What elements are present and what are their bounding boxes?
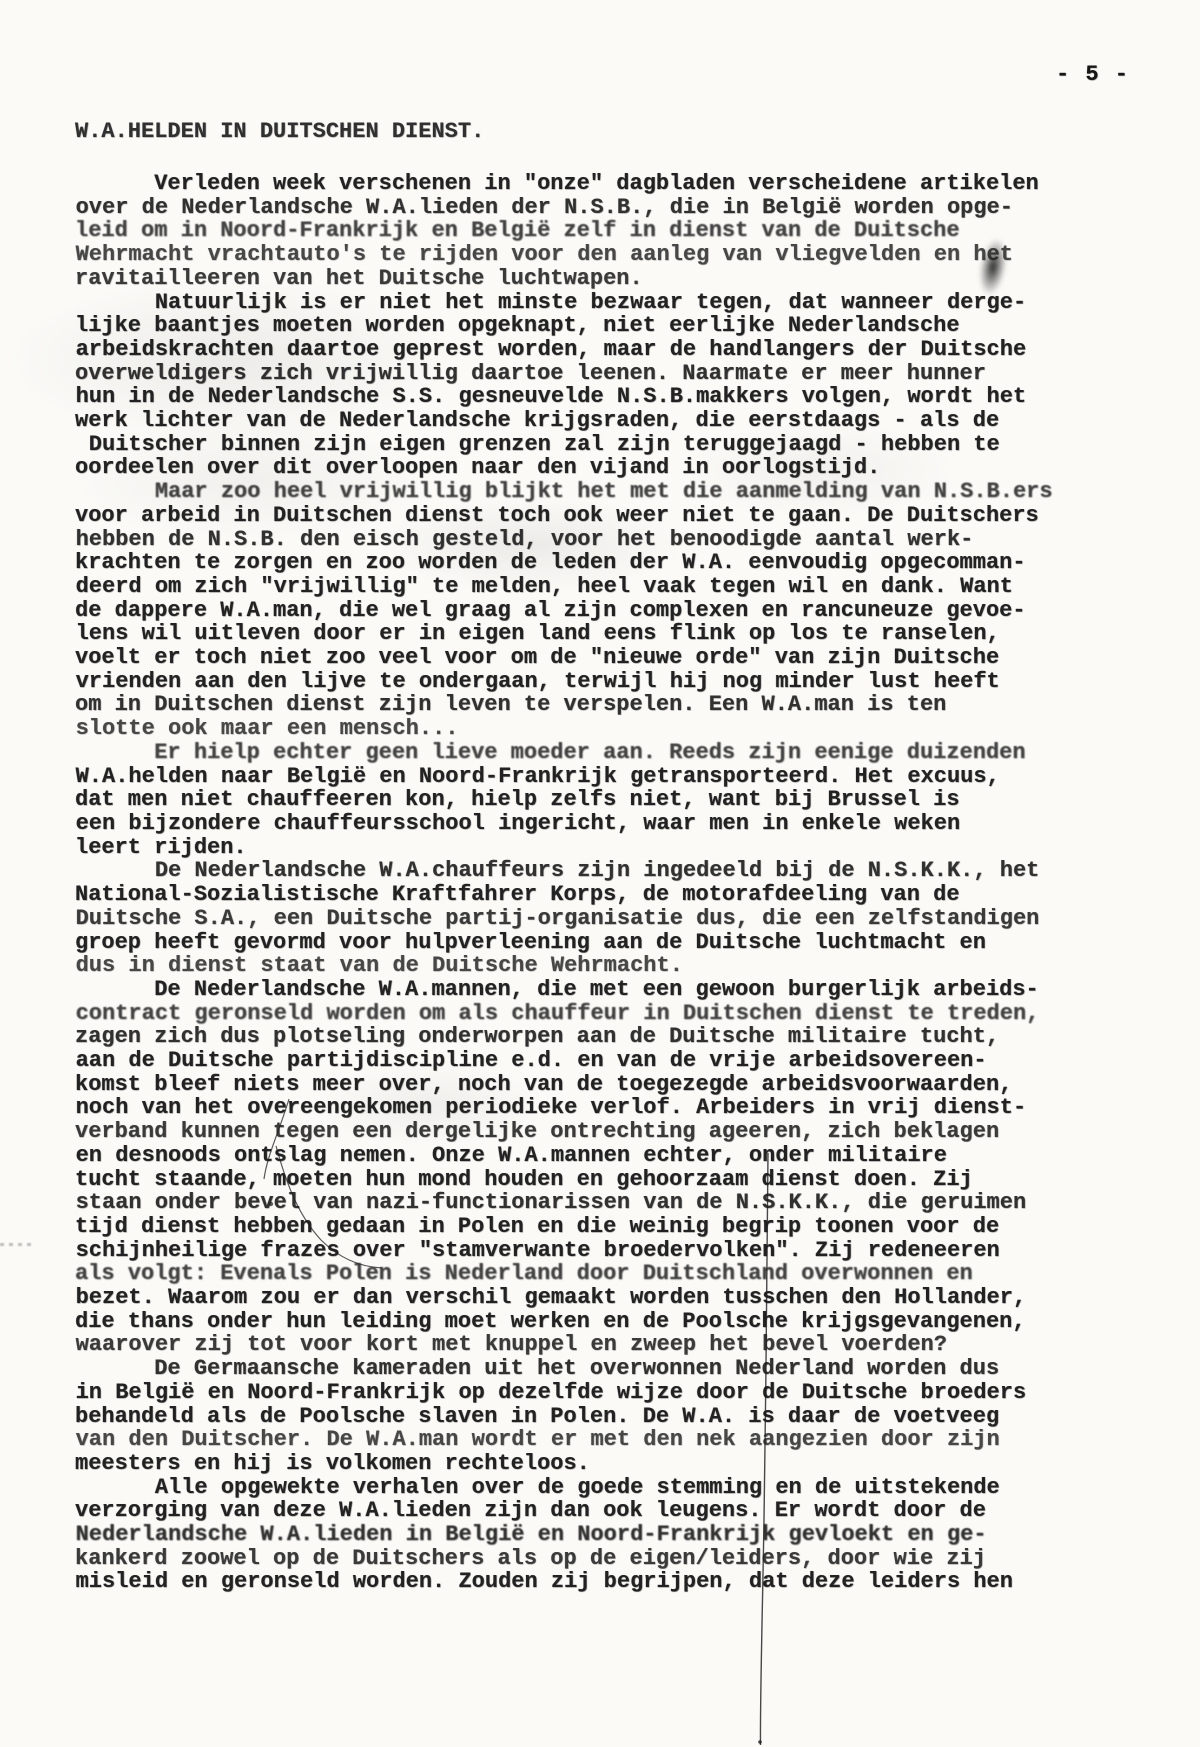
text-line: schijnheilige frazes over "stamverwante … [76,1239,1146,1263]
text-line: lijke baantjes moeten worden opgeknapt, … [75,314,1145,338]
text-line: Maar zoo heel vrijwillig blijkt het met … [76,480,1146,504]
text-line: Duitsche S.A., een Duitsche partij-organ… [76,907,1146,931]
text-line: De Nederlandsche W.A.chauffeurs zijn ing… [76,859,1146,883]
text-line: dus in dienst staat van de Duitsche Wehr… [76,954,1146,978]
text-line: over de Nederlandsche W.A.lieden der N.S… [76,196,1146,220]
text-line: een bijzondere chauffeursschool ingerich… [76,812,1146,836]
text-line: meesters en hij is volkomen rechteloos. [75,1452,1145,1476]
text-line: voelt er toch niet zoo veel voor om de "… [75,646,1145,670]
scanned-document-page: - 5 - W.A.HELDEN IN DUITSCHEN DIENST. Ve… [0,0,1200,1747]
text-line: hun in de Nederlandsche S.S. gesneuvelde… [76,385,1146,409]
text-line: tijd dienst hebben gedaan in Polen en di… [75,1215,1145,1239]
text-line: Alle opgewekte verhalen over de goede st… [76,1476,1146,1500]
text-line: en desnoods ontslag nemen. Onze W.A.mann… [76,1144,1146,1168]
text-line: overweldigers zich vrijwillig daartoe le… [75,362,1145,386]
text-line: om in Duitschen dienst zijn leven te ver… [75,693,1145,717]
text-line: deerd om zich "vrijwillig" te melden, he… [76,575,1146,599]
text-line: Nederlandsche W.A.lieden in België en No… [76,1523,1146,1547]
text-line: Er hielp echter geen lieve moeder aan. R… [75,741,1145,765]
text-line: waarover zij tot voor kort met knuppel e… [76,1333,1146,1357]
text-line: krachten te zorgen en zoo worden de lede… [75,551,1145,575]
text-line: misleid en geronseld worden. Zouden zij … [76,1570,1146,1594]
text-line: die thans onder hun leiding moet werken … [75,1310,1145,1334]
text-line: arbeidskrachten daartoe geprest worden, … [76,338,1146,362]
text-line: als volgt: Evenals Polen is Nederland do… [75,1262,1145,1286]
text-line: De Nederlandsche W.A.mannen, die met een… [75,978,1145,1002]
text-line: W.A.helden naar België en Noord-Frankrij… [76,765,1146,789]
text-line: zagen zich dus plotseling onderworpen aa… [75,1025,1145,1049]
text-line: kankerd zoowel op de Duitschers als op d… [75,1547,1145,1571]
text-line: leert rijden. [75,836,1145,860]
document-body: Verleden week verschenen in "onze" dagbl… [75,172,1145,1594]
text-line: in België en Noord-Frankrijk op dezelfde… [76,1381,1146,1405]
text-line: van den Duitscher. De W.A.man wordt er m… [76,1428,1146,1452]
text-line: groep heeft gevormd voor hulpverleening … [75,931,1145,955]
text-line: Duitscher binnen zijn eigen grenzen zal … [76,433,1146,457]
text-line: Verleden week verschenen in "onze" dagbl… [75,172,1145,196]
text-line: verzorging van deze W.A.lieden zijn dan … [75,1499,1145,1523]
text-line: De Germaansche kameraden uit het overwon… [75,1357,1145,1381]
text-line: dat men niet chauffeeren kon, hielp zelf… [75,788,1145,812]
page-number: - 5 - [1056,62,1130,87]
text-line: aan de Duitsche partijdiscipline e.d. en… [76,1049,1146,1073]
text-line: leid om in Noord-Frankrijk en België zel… [75,219,1145,243]
text-line: verband kunnen tegen een dergelijke ontr… [75,1120,1145,1144]
text-line: lens wil uitleven door er in eigen land … [76,622,1146,646]
text-line: contract geronseld worden om als chauffe… [76,1002,1146,1026]
text-line: oordeelen over dit overloopen naar den v… [75,456,1145,480]
edge-marks [0,1243,34,1246]
text-line: werk lichter van de Nederlandsche krijgs… [75,409,1145,433]
text-line: National-Sozialistische Kraftfahrer Korp… [75,883,1145,907]
document-heading: W.A.HELDEN IN DUITSCHEN DIENST. [75,119,484,144]
text-line: de dappere W.A.man, die wel graag al zij… [75,599,1145,623]
text-line: staan onder bevel van nazi-functionariss… [76,1191,1146,1215]
text-line: bezet. Waarom zou er dan verschil gemaak… [76,1286,1146,1310]
text-line: tucht staande, moeten hun mond houden en… [75,1168,1145,1192]
text-line: voor arbeid in Duitschen dienst toch ook… [75,504,1145,528]
text-line: hebben de N.S.B. den eisch gesteld, voor… [76,528,1146,552]
text-line: vrienden aan den lijve te ondergaan, ter… [76,670,1146,694]
text-line: slotte ook maar een mensch... [76,717,1146,741]
text-line: komst bleef niets meer over, noch van de… [75,1073,1145,1097]
text-line: behandeld als de Poolsche slaven in Pole… [75,1405,1145,1429]
text-line: noch van het overeengekomen periodieke v… [76,1096,1146,1120]
crease-end-dot [758,1740,762,1744]
